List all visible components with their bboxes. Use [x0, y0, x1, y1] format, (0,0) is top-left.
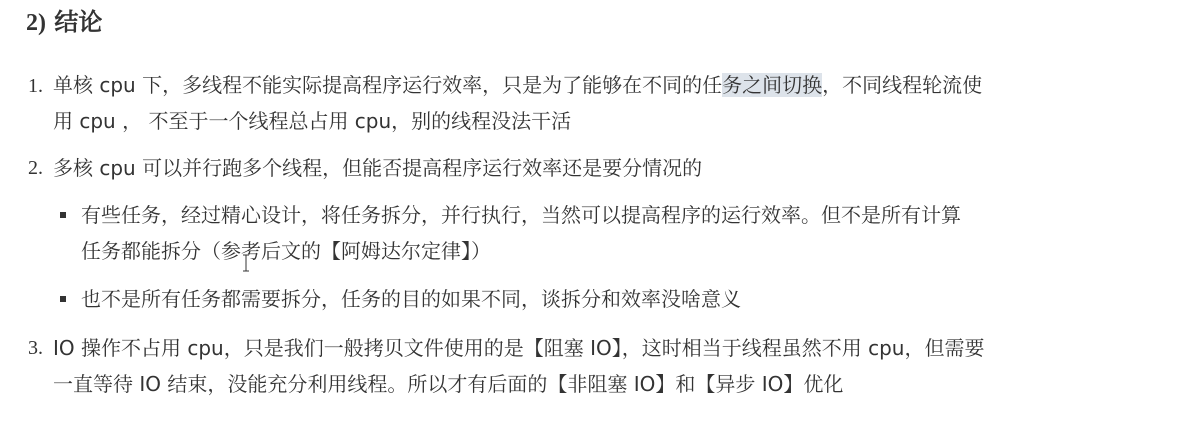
- text-line[interactable]: 有些任务，经过精心设计，将任务拆分，并行执行，当然可以提高程序的运行效率。但不是…: [81, 200, 961, 230]
- list-marker: 2.: [28, 153, 43, 183]
- text-line[interactable]: 也不是所有任务都需要拆分，任务的目的如果不同，谈拆分和效率没啥意义: [81, 284, 741, 314]
- selected-text[interactable]: 务之间切换: [722, 73, 822, 97]
- text-line[interactable]: 多核 cpu 可以并行跑多个线程，但能否提高程序运行效率还是要分情况的: [53, 153, 702, 183]
- document: 2) 结论 1. 单核 cpu 下，多线程不能实际提高程序运行效率，只是为了能够…: [0, 0, 1191, 421]
- text-cursor-icon: [242, 254, 250, 272]
- heading-title: 结论: [54, 8, 102, 36]
- list-marker: 1.: [28, 71, 43, 101]
- list-marker: 3.: [28, 333, 43, 363]
- text-line[interactable]: 任务都能拆分（参考后文的【阿姆达尔定律】）: [81, 236, 491, 266]
- section-heading: 2) 结论: [26, 4, 102, 41]
- heading-number: 2): [26, 10, 46, 36]
- text-line[interactable]: 用 cpu ， 不至于一个线程总占用 cpu，别的线程没法干活: [53, 106, 571, 136]
- text-line[interactable]: 一直等待 IO 结束，没能充分利用线程。所以才有后面的【非阻塞 IO】和【异步 …: [53, 369, 843, 399]
- square-bullet-icon: [60, 296, 66, 302]
- text-segment: 单核 cpu 下，多线程不能实际提高程序运行效率，只是为了能够在不同的任: [53, 73, 722, 97]
- text-line[interactable]: IO 操作不占用 cpu，只是我们一般拷贝文件使用的是【阻塞 IO】，这时相当于…: [53, 333, 984, 363]
- text-segment: ，不同线程轮流使: [822, 73, 982, 97]
- text-line[interactable]: 单核 cpu 下，多线程不能实际提高程序运行效率，只是为了能够在不同的任务之间切…: [53, 70, 982, 100]
- square-bullet-icon: [60, 212, 66, 218]
